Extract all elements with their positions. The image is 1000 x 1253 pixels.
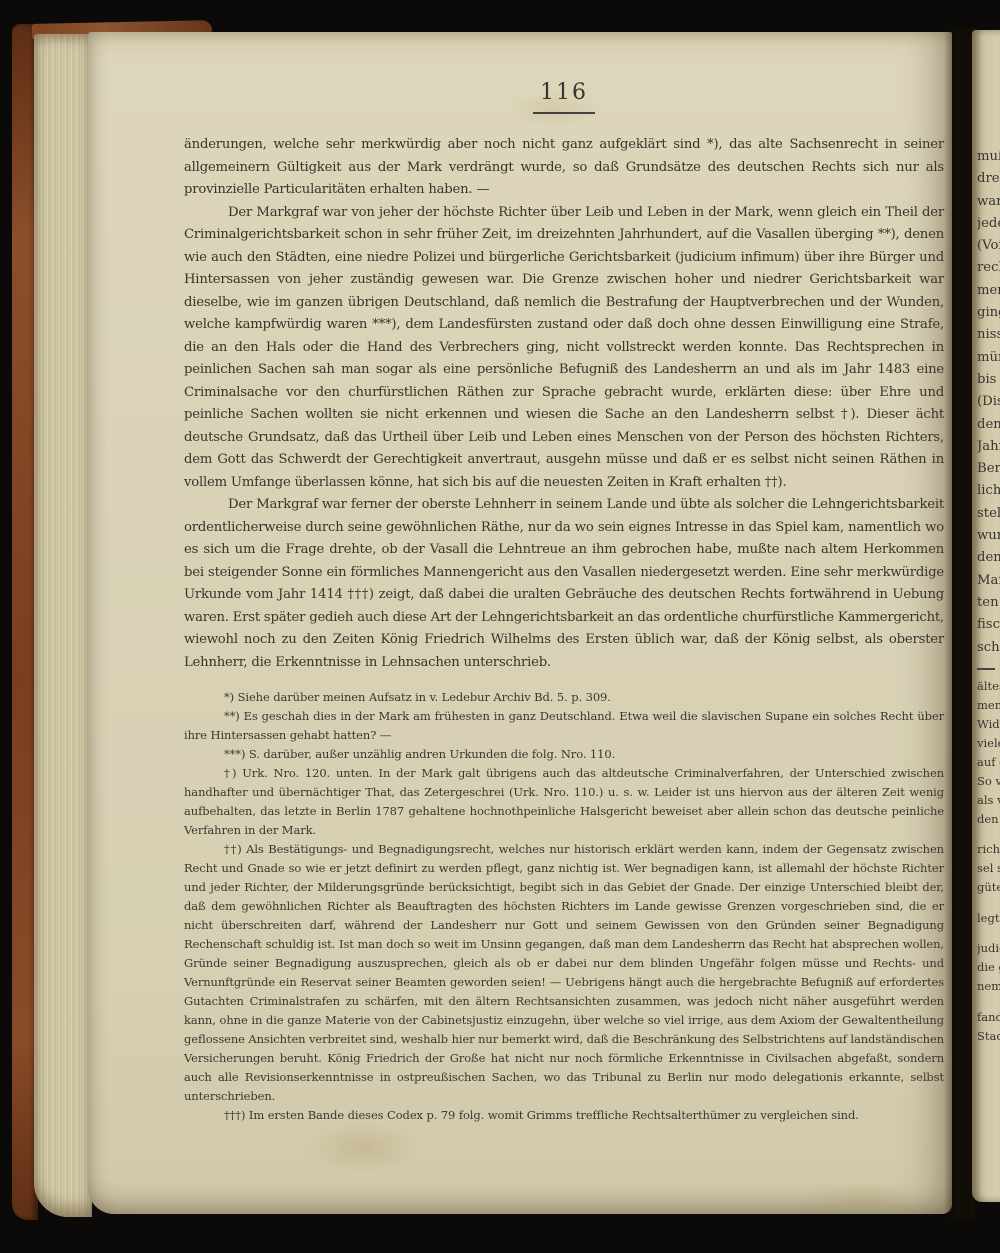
page-number-rule [533,112,595,114]
cut-text-line: jedem [977,213,1000,235]
cut-text-line: drei L [977,168,1000,190]
footnote-3daggers: †††) Im ersten Bande dieses Codex p. 79 … [184,1106,944,1125]
cut-text-line [977,996,1000,1008]
facing-page-text-top: mußdrei Lwardjedem(Voigrechtmerergingern… [972,146,1000,659]
cut-text-line: (Voig [977,235,1000,257]
footnote-dagger: †) Urk. Nro. 120. unten. In der Mark gal… [184,764,944,840]
cut-text-line: münd [977,347,1000,369]
cut-text-line: Jahrh [977,436,1000,458]
cut-text-line: men, [977,696,1000,715]
cut-text-line: güter [977,878,1000,897]
paragraph-markgraf-richter: Der Markgraf war von jeher der höchste R… [184,202,944,495]
cut-text-line: auf d [977,753,1000,772]
facing-page-text-bottom: ältestemen,Widerviele,auf dSo vals voden… [972,677,1000,1046]
footnote-3stars: ***) S. darüber, außer unzählig andren U… [184,745,944,764]
cut-text-line: nemli [977,977,1000,996]
cut-text-line: denen [977,547,1000,569]
cut-text-line: fand, [977,1008,1000,1027]
paragraph-markgraf-lehnherr: Der Markgraf war ferner der oberste Lehn… [184,494,944,674]
page-number: 116 [184,80,944,105]
paragraph-continuation: änderungen, welche sehr merkwürdig aber … [184,134,944,202]
page-content: 116 änderungen, welche sehr merkwürdig a… [88,32,952,1125]
cut-text-line [977,829,1000,841]
cut-text-line: recht [977,257,1000,279]
cut-text-line: die gr [977,958,1000,977]
page-edge-stack [34,34,92,1217]
cut-text-line: (Dist [977,391,1000,413]
cut-text-line: viele, [977,734,1000,753]
cut-text-line: denbu [977,414,1000,436]
cut-text-line [977,928,1000,940]
cut-text-line: richter [977,840,1000,859]
facing-page-sliver: mußdrei Lwardjedem(Voigrechtmerergingern… [972,30,1000,1202]
cut-text-line: den in [977,810,1000,829]
cut-text-line: Stadt [977,1027,1000,1046]
paper-stain [308,1122,418,1174]
book-scan: 116 änderungen, welche sehr merkwürdig a… [0,0,1000,1253]
main-text: änderungen, welche sehr merkwürdig aber … [184,134,944,674]
cut-text-line: legt n [977,909,1000,928]
cut-text-line: sel sin [977,859,1000,878]
paper-stain [788,1182,938,1214]
cut-text-line: als vo [977,791,1000,810]
cut-text-line: Wider [977,715,1000,734]
footnote-2stars: **) Es geschah dies in der Mark am frühe… [184,707,944,745]
cut-text-line [977,897,1000,909]
footnote-star: *) Siehe darüber meinen Aufsatz in v. Le… [184,688,944,707]
facing-page-footnote-rule [977,668,995,670]
cut-text-line: ginger [977,302,1000,324]
cut-text-line: nisse g [977,324,1000,346]
cut-text-line: merer [977,280,1000,302]
cut-text-line: judici [977,939,1000,958]
footnote-2daggers: ††) Als Bestätigungs- und Begnadigungsre… [184,840,944,1106]
cut-text-line: So v [977,772,1000,791]
cut-text-line: älteste [977,677,1000,696]
cut-text-line: Mann [977,570,1000,592]
left-page: 116 änderungen, welche sehr merkwürdig a… [88,32,952,1214]
cut-text-line: wurde [977,525,1000,547]
cut-text-line: ward [977,191,1000,213]
cut-text-line: Berli [977,458,1000,480]
cut-text-line: liche L [977,480,1000,502]
cut-text-line: schloß [977,637,1000,659]
cut-text-line: muß [977,146,1000,168]
cut-text-line: stelle [977,503,1000,525]
footnotes: *) Siehe darüber meinen Aufsatz in v. Le… [184,688,944,1125]
cut-text-line: fischer [977,614,1000,636]
cut-text-line: ten w [977,592,1000,614]
cut-text-line: bis a [977,369,1000,391]
